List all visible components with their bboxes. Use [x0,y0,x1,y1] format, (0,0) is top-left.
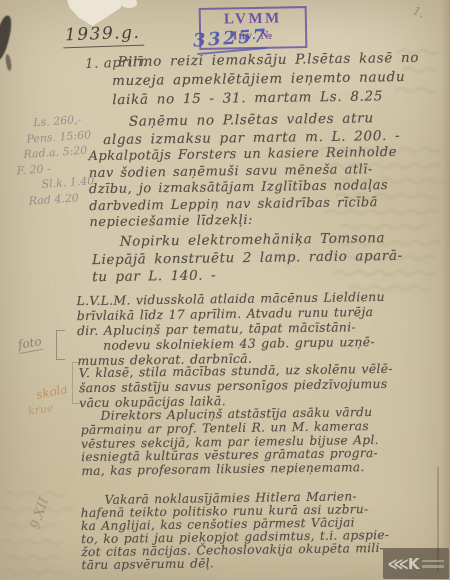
journal-paragraph-director: Direktors Apluciņš atstāstīja asāku vārd… [81,406,380,479]
margin-note-foto: foto [17,334,43,354]
journal-paragraph-class: V. klasē, stila mācības stundā, uz skolē… [79,361,394,410]
margin-note-krue: krue [27,401,54,417]
margin-bracket [72,362,81,404]
journal-paragraph-payment: Pirmo reizi iemaksāju P.lsētas kasē no m… [112,49,420,110]
manuscript-line: laikā no 15 - 31. martam Ls. 8.25 [112,87,420,110]
journal-paragraph-radio-speech: Vakarā noklausījāmies Hitlera Marien- ha… [80,490,389,572]
journal-paragraph-school: L.V.L.M. vidusskolā atlaida mācēnus Liel… [76,290,385,369]
manuscript-line: tāru apsvērumu dēļ. [81,555,389,572]
margin-pencil-calculations: Ls. 260,- Pens. 15:60 Rad.a. 5:20 F. 20 … [11,111,96,209]
page-number: 1. [411,3,427,20]
journal-paragraph-radio: Nopirku elektromehāniķa Tomsona Liepājā … [92,230,403,287]
manuscript-page: 1939.g. 1. LVMM Inv. № 33257 Ls. 260,- P… [0,0,450,580]
journal-paragraph-staff: Apkalpotājs Forsters un kasiere Reinhold… [88,145,398,232]
margin-bracket [56,330,65,360]
manuscript-line: ma, kas profesoram likusies nepieņemama. [81,461,379,479]
manuscript-line: tu par L. 140. - [92,265,403,287]
margin-note-date: 9.XII [28,496,52,531]
paper-tear [66,0,124,26]
ink-smudge-small [5,54,13,72]
margin-note-skola: skola [35,382,69,402]
journal-paragraph-salary: Saņēmu no P.lsētas valdes atru algas izm… [103,109,401,149]
watermark-caption-bars [422,560,444,568]
chevron-k-logo-icon: ⋘K [388,555,419,573]
paper-tear-small [121,0,137,8]
manuscript-line: nepieciešamie līdzekļi: [89,211,398,232]
year-heading: 1939.g. [63,23,145,49]
pencil-calc-line: Rad 4.20 [28,189,96,209]
archive-watermark: ⋘K [383,548,449,579]
